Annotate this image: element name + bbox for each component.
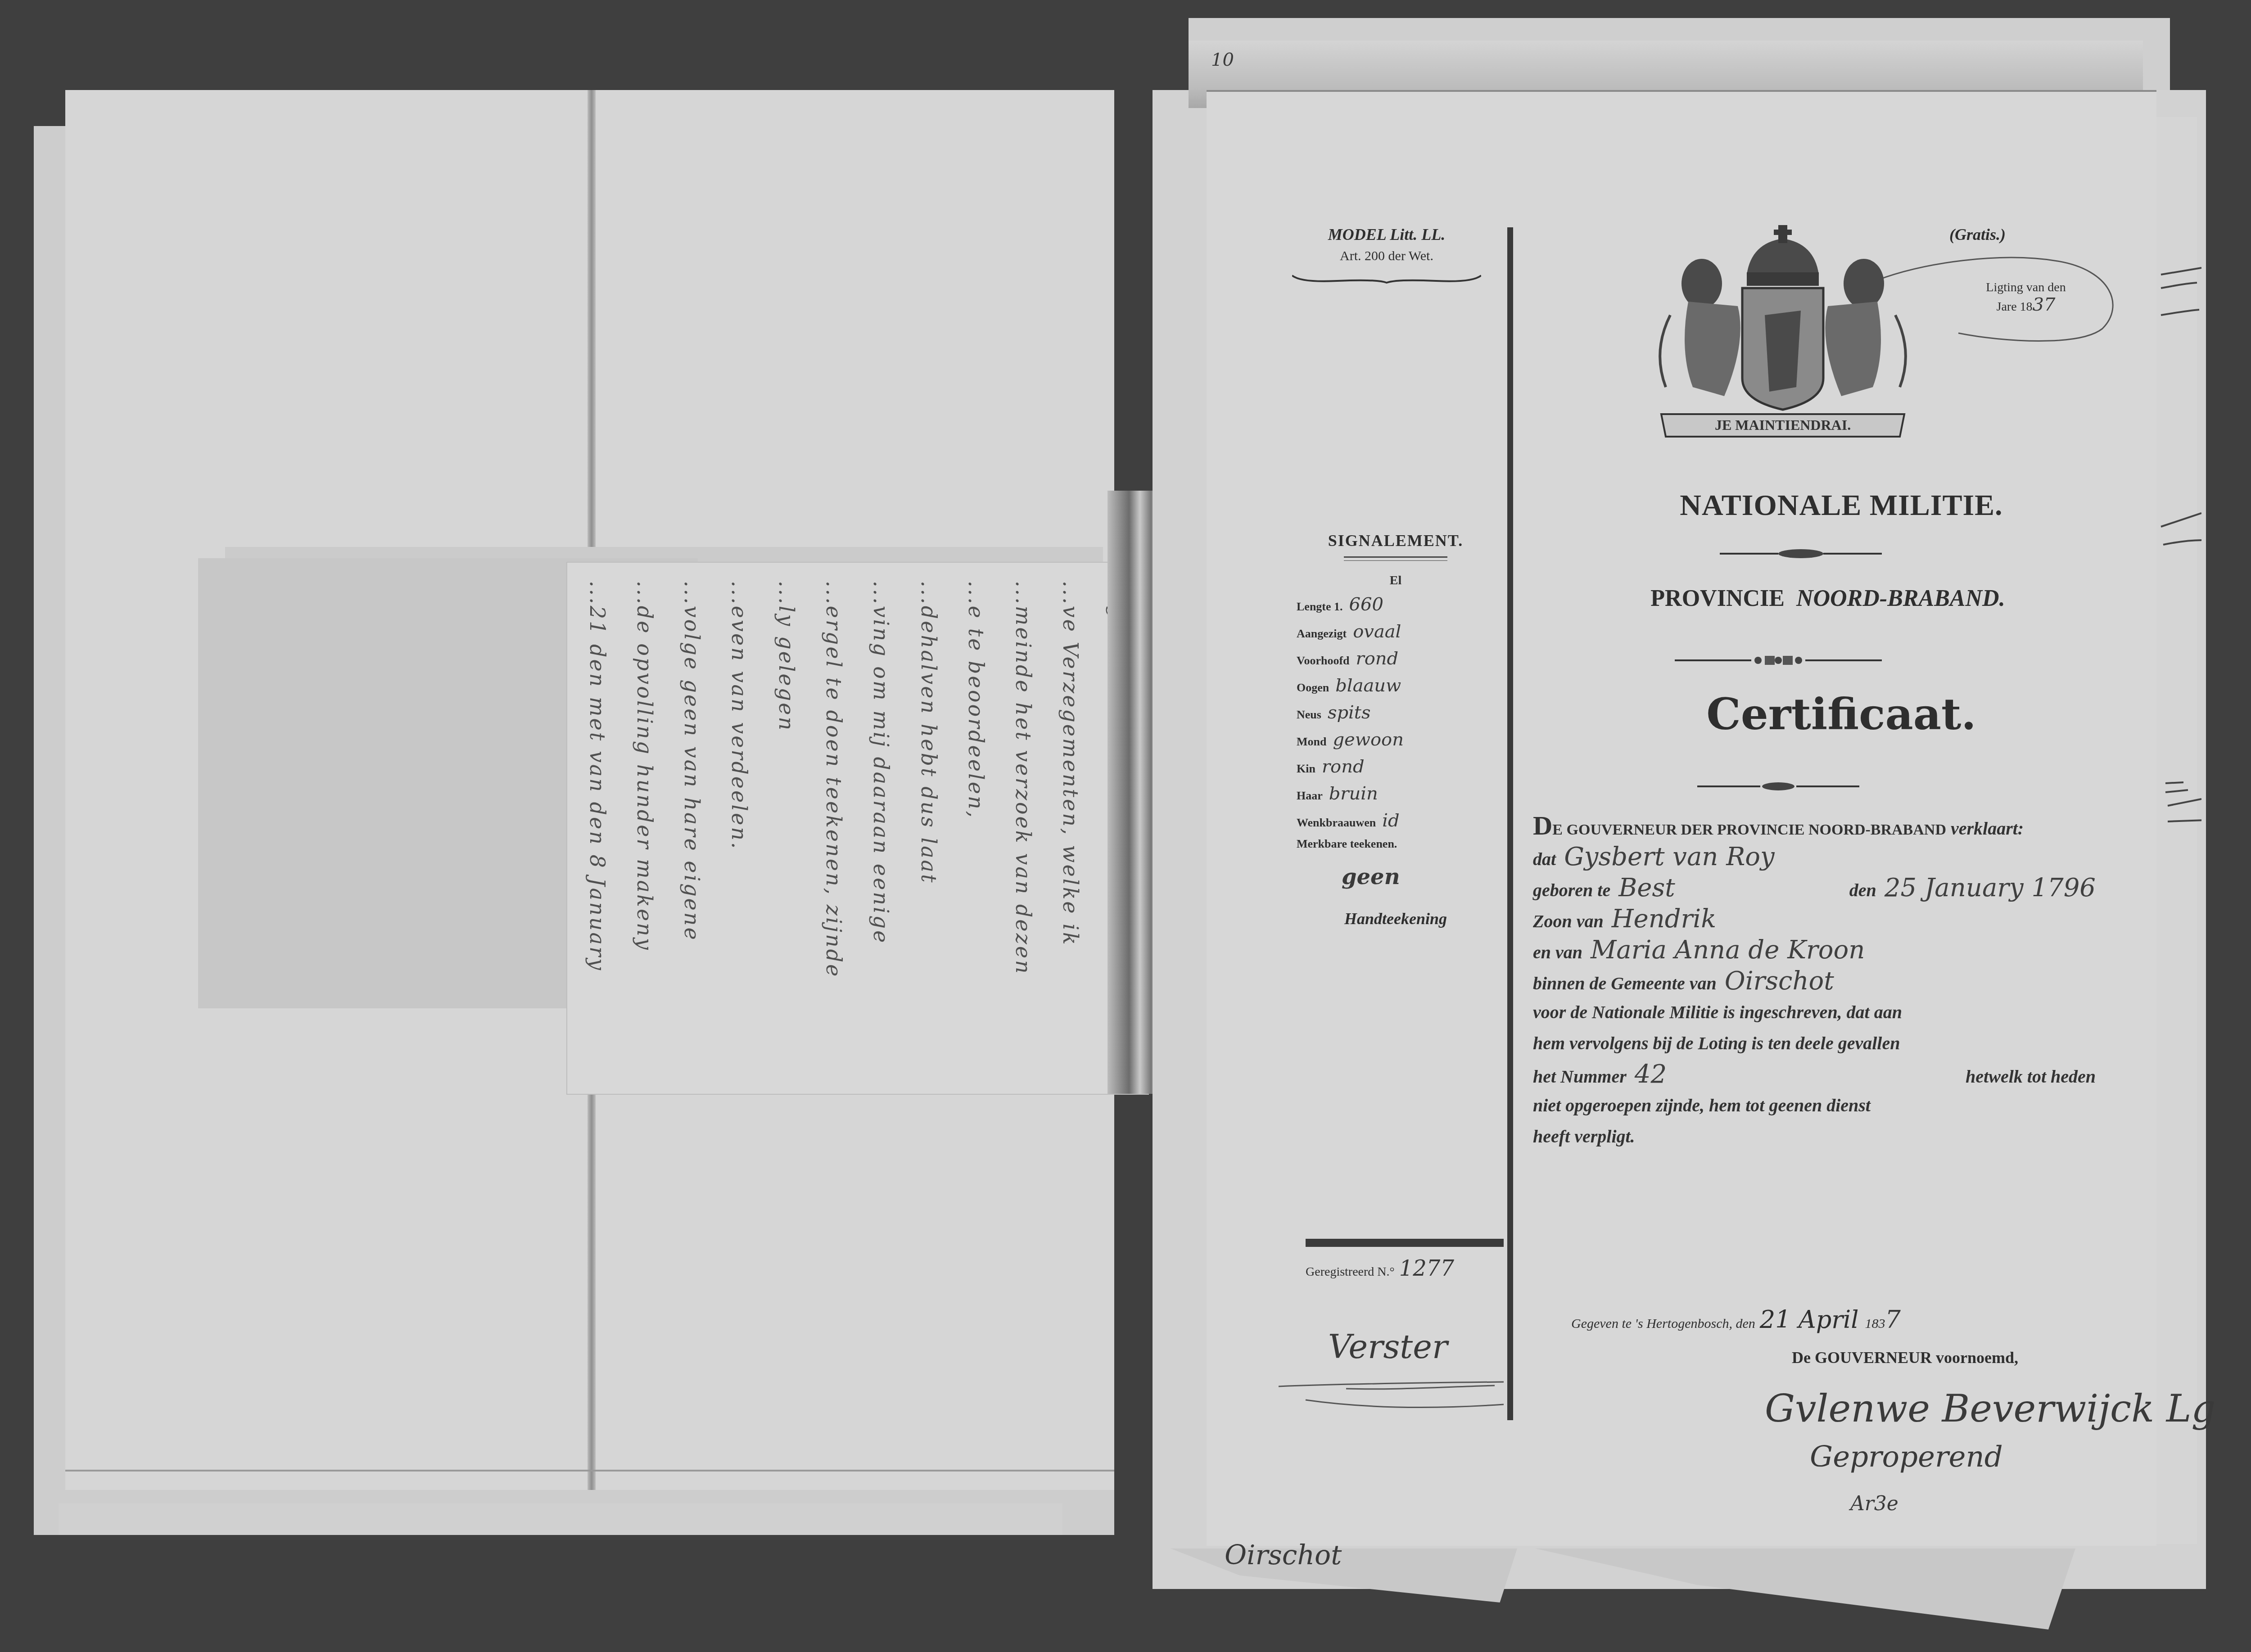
signature-label: Handteekening	[1297, 909, 1495, 928]
row-value: gewoon	[1333, 729, 1403, 750]
left-page-bottom-edge	[65, 1470, 1114, 1471]
clerk-signature: Verster	[1328, 1328, 1447, 1366]
handwritten-letter: ...gt van den 14 deser, n°9, bewd ...ve …	[567, 563, 1148, 1094]
conscript-name: Gysbert van Roy	[1564, 841, 1775, 872]
row-label: Voorhoofd	[1297, 654, 1350, 668]
row-label: Haar	[1297, 789, 1323, 803]
body-not-called-line: niet opgeroepen zijnde, hem tot geenen d…	[1533, 1090, 2096, 1121]
heading-province: PROVINCIE NOORD-BRABAND.	[1526, 585, 2129, 612]
coat-of-arms-icon: JE MAINTIENDRAI.	[1643, 225, 1922, 459]
issued-place-date: Gegeven te 's Hertogenbosch, den 21 Apri…	[1571, 1305, 1901, 1334]
governor-signature: Gvlenwe Beverwijck Lg	[1765, 1386, 2215, 1431]
mother-name: Maria Anna de Kroon	[1591, 934, 1865, 966]
signalement-row-nose: Neus spits	[1297, 702, 1495, 729]
left-bottom-strip	[59, 1503, 1062, 1535]
governor-signature-line2: Geproperend	[1810, 1440, 2003, 1474]
father-name: Hendrik	[1612, 903, 1717, 934]
ligting-year-hand: 37	[2033, 294, 2056, 315]
letter-text-lines: ...gt van den 14 deser, n°9, bewd ...ve …	[585, 581, 1130, 1076]
signalement-title: SIGNALEMENT.	[1297, 531, 1495, 550]
body-obligation-line: heeft verpligt.	[1533, 1121, 2096, 1152]
registration-number: 1277	[1399, 1256, 1454, 1281]
body-mother-line: en van Maria Anna de Kroon	[1533, 934, 2096, 966]
marks-value: geen	[1342, 864, 1495, 896]
birthplace: Best	[1618, 872, 1675, 903]
row-value: blaauw	[1335, 675, 1401, 696]
certificate-title: Certificaat.	[1540, 689, 2143, 740]
row-value: rond	[1322, 756, 1365, 777]
letter-line: ...ergel te doen teekenen, zijnde	[822, 581, 846, 1076]
province-name: NOORD-BRABAND.	[1796, 586, 2005, 611]
margin-ink-marks	[2156, 252, 2201, 1107]
row-label: Aangezigt	[1297, 627, 1347, 641]
footer-municipality-note: Oirschot	[1225, 1539, 1342, 1571]
letter-line: ...dehalven hebt dus laat	[917, 581, 941, 1076]
body-registered-line: voor de Nationale Militie is ingeschreve…	[1533, 997, 2096, 1028]
letter-line: ...ving om mij daaraan eenige	[869, 581, 893, 1076]
letter-line: ...de opvolling hunder makeny	[633, 581, 657, 1076]
ligting-line1: Ligting van den	[1949, 279, 2102, 296]
signalement-row-eyebrows: Wenkbraauwen id	[1297, 810, 1495, 837]
row-value: id	[1382, 810, 1399, 831]
row-value: bruin	[1329, 783, 1378, 804]
body-name-line: dat Gysbert van Roy	[1533, 841, 2096, 872]
signature-flourish	[1279, 1377, 1504, 1413]
registration-line: Geregistreerd N.° 1277	[1306, 1256, 1508, 1281]
row-value: ovaal	[1353, 621, 1401, 642]
vertical-divider	[1507, 227, 1513, 1420]
body-intro: DE GOUVERNEUR DER PROVINCIE NOORD-BRABAN…	[1533, 810, 2096, 841]
body-father-line: Zoon van Hendrik	[1533, 903, 2096, 934]
row-label: Kin	[1297, 762, 1315, 776]
ornament-divider-icon	[1675, 655, 1882, 666]
governor-initials: Ar3e	[1850, 1492, 1898, 1515]
row-value: spits	[1328, 702, 1371, 723]
row-label: Oogen	[1297, 681, 1329, 695]
double-rule	[1344, 556, 1447, 561]
letter-line: ...volge geen van hare eigene	[680, 581, 704, 1076]
svg-text:JE MAINTIENDRAI.: JE MAINTIENDRAI.	[1715, 417, 1851, 433]
birthdate: 25 January 1796	[1885, 872, 2096, 903]
row-value: 660	[1349, 594, 1383, 615]
row-label: Wenkbraauwen	[1297, 816, 1376, 830]
letter-line: ...meinde het verzoek van dezen	[1011, 581, 1035, 1076]
brace-ornament	[1292, 275, 1481, 284]
stack-corner-mark: 10	[1211, 50, 1234, 70]
heading-nationale-militie: NATIONALE MILITIE.	[1540, 488, 2143, 523]
signalement-row-eyes: Oogen blaauw	[1297, 675, 1495, 702]
row-label: Merkbare teekenen.	[1297, 837, 1397, 851]
row-label: Mond	[1297, 735, 1326, 749]
unit-label: El	[1297, 573, 1495, 588]
row-value: rond	[1356, 648, 1399, 669]
body-birth-line: geboren te Best den 25 January 1796	[1533, 872, 2096, 903]
governor-label: De GOUVERNEUR voornoemd,	[1792, 1348, 2018, 1367]
letter-line: ...ly gelegen	[774, 581, 799, 1076]
row-label: Neus	[1297, 708, 1321, 722]
lot-number: 42	[1635, 1059, 1667, 1090]
ligting-line2: Jare 1837	[1949, 296, 2102, 316]
ornament-divider-icon	[1720, 548, 1882, 559]
certificate-body: DE GOUVERNEUR DER PROVINCIE NOORD-BRABAN…	[1533, 810, 2096, 1152]
signalement-row-forehead: Voorhoofd rond	[1297, 648, 1495, 675]
registration-label: Geregistreerd N.°	[1306, 1265, 1395, 1279]
signalement-row-face: Aangezigt ovaal	[1297, 621, 1495, 648]
signalement-row-mouth: Mond gewoon	[1297, 729, 1495, 756]
signalement-section: SIGNALEMENT. El Lengte 1. 660 Aangezigt …	[1297, 531, 1495, 928]
letter-line: ...even van verdeelen.	[727, 581, 751, 1076]
signalement-row-marks: Merkbare teekenen.	[1297, 837, 1495, 864]
ligting-year: Ligting van den Jare 1837	[1949, 279, 2102, 316]
row-label: Lengte 1.	[1297, 600, 1343, 614]
municipality: Oirschot	[1725, 966, 1834, 997]
gratis-label: (Gratis.)	[1949, 225, 2006, 244]
body-municipality-line: binnen de Gemeente van Oirschot	[1533, 966, 2096, 997]
model-reference: MODEL Litt. LL. Art. 200 der Wet.	[1274, 225, 1499, 286]
signalement-row-chin: Kin rond	[1297, 756, 1495, 783]
letter-line: ...21 den met van den 8 January	[585, 581, 610, 1076]
model-title: MODEL Litt. LL.	[1274, 225, 1499, 244]
signalement-row-length: Lengte 1. 660	[1297, 594, 1495, 621]
model-article: Art. 200 der Wet.	[1274, 248, 1499, 264]
letter-line: ...e te beoordeelen,	[964, 581, 988, 1076]
registration-rule	[1306, 1239, 1504, 1247]
letter-line: ...ve Verzegementen, welke ik	[1058, 581, 1083, 1076]
ornament-divider-icon	[1697, 781, 1859, 792]
issued-date: 21 April	[1760, 1305, 1859, 1334]
body-lottery-line: hem vervolgens bij de Loting is ten deel…	[1533, 1028, 2096, 1059]
signalement-row-hair: Haar bruin	[1297, 783, 1495, 810]
bottom-flap-right	[1535, 1548, 2075, 1629]
body-number-line: het Nummer 42 hetwelk tot heden	[1533, 1059, 2096, 1090]
